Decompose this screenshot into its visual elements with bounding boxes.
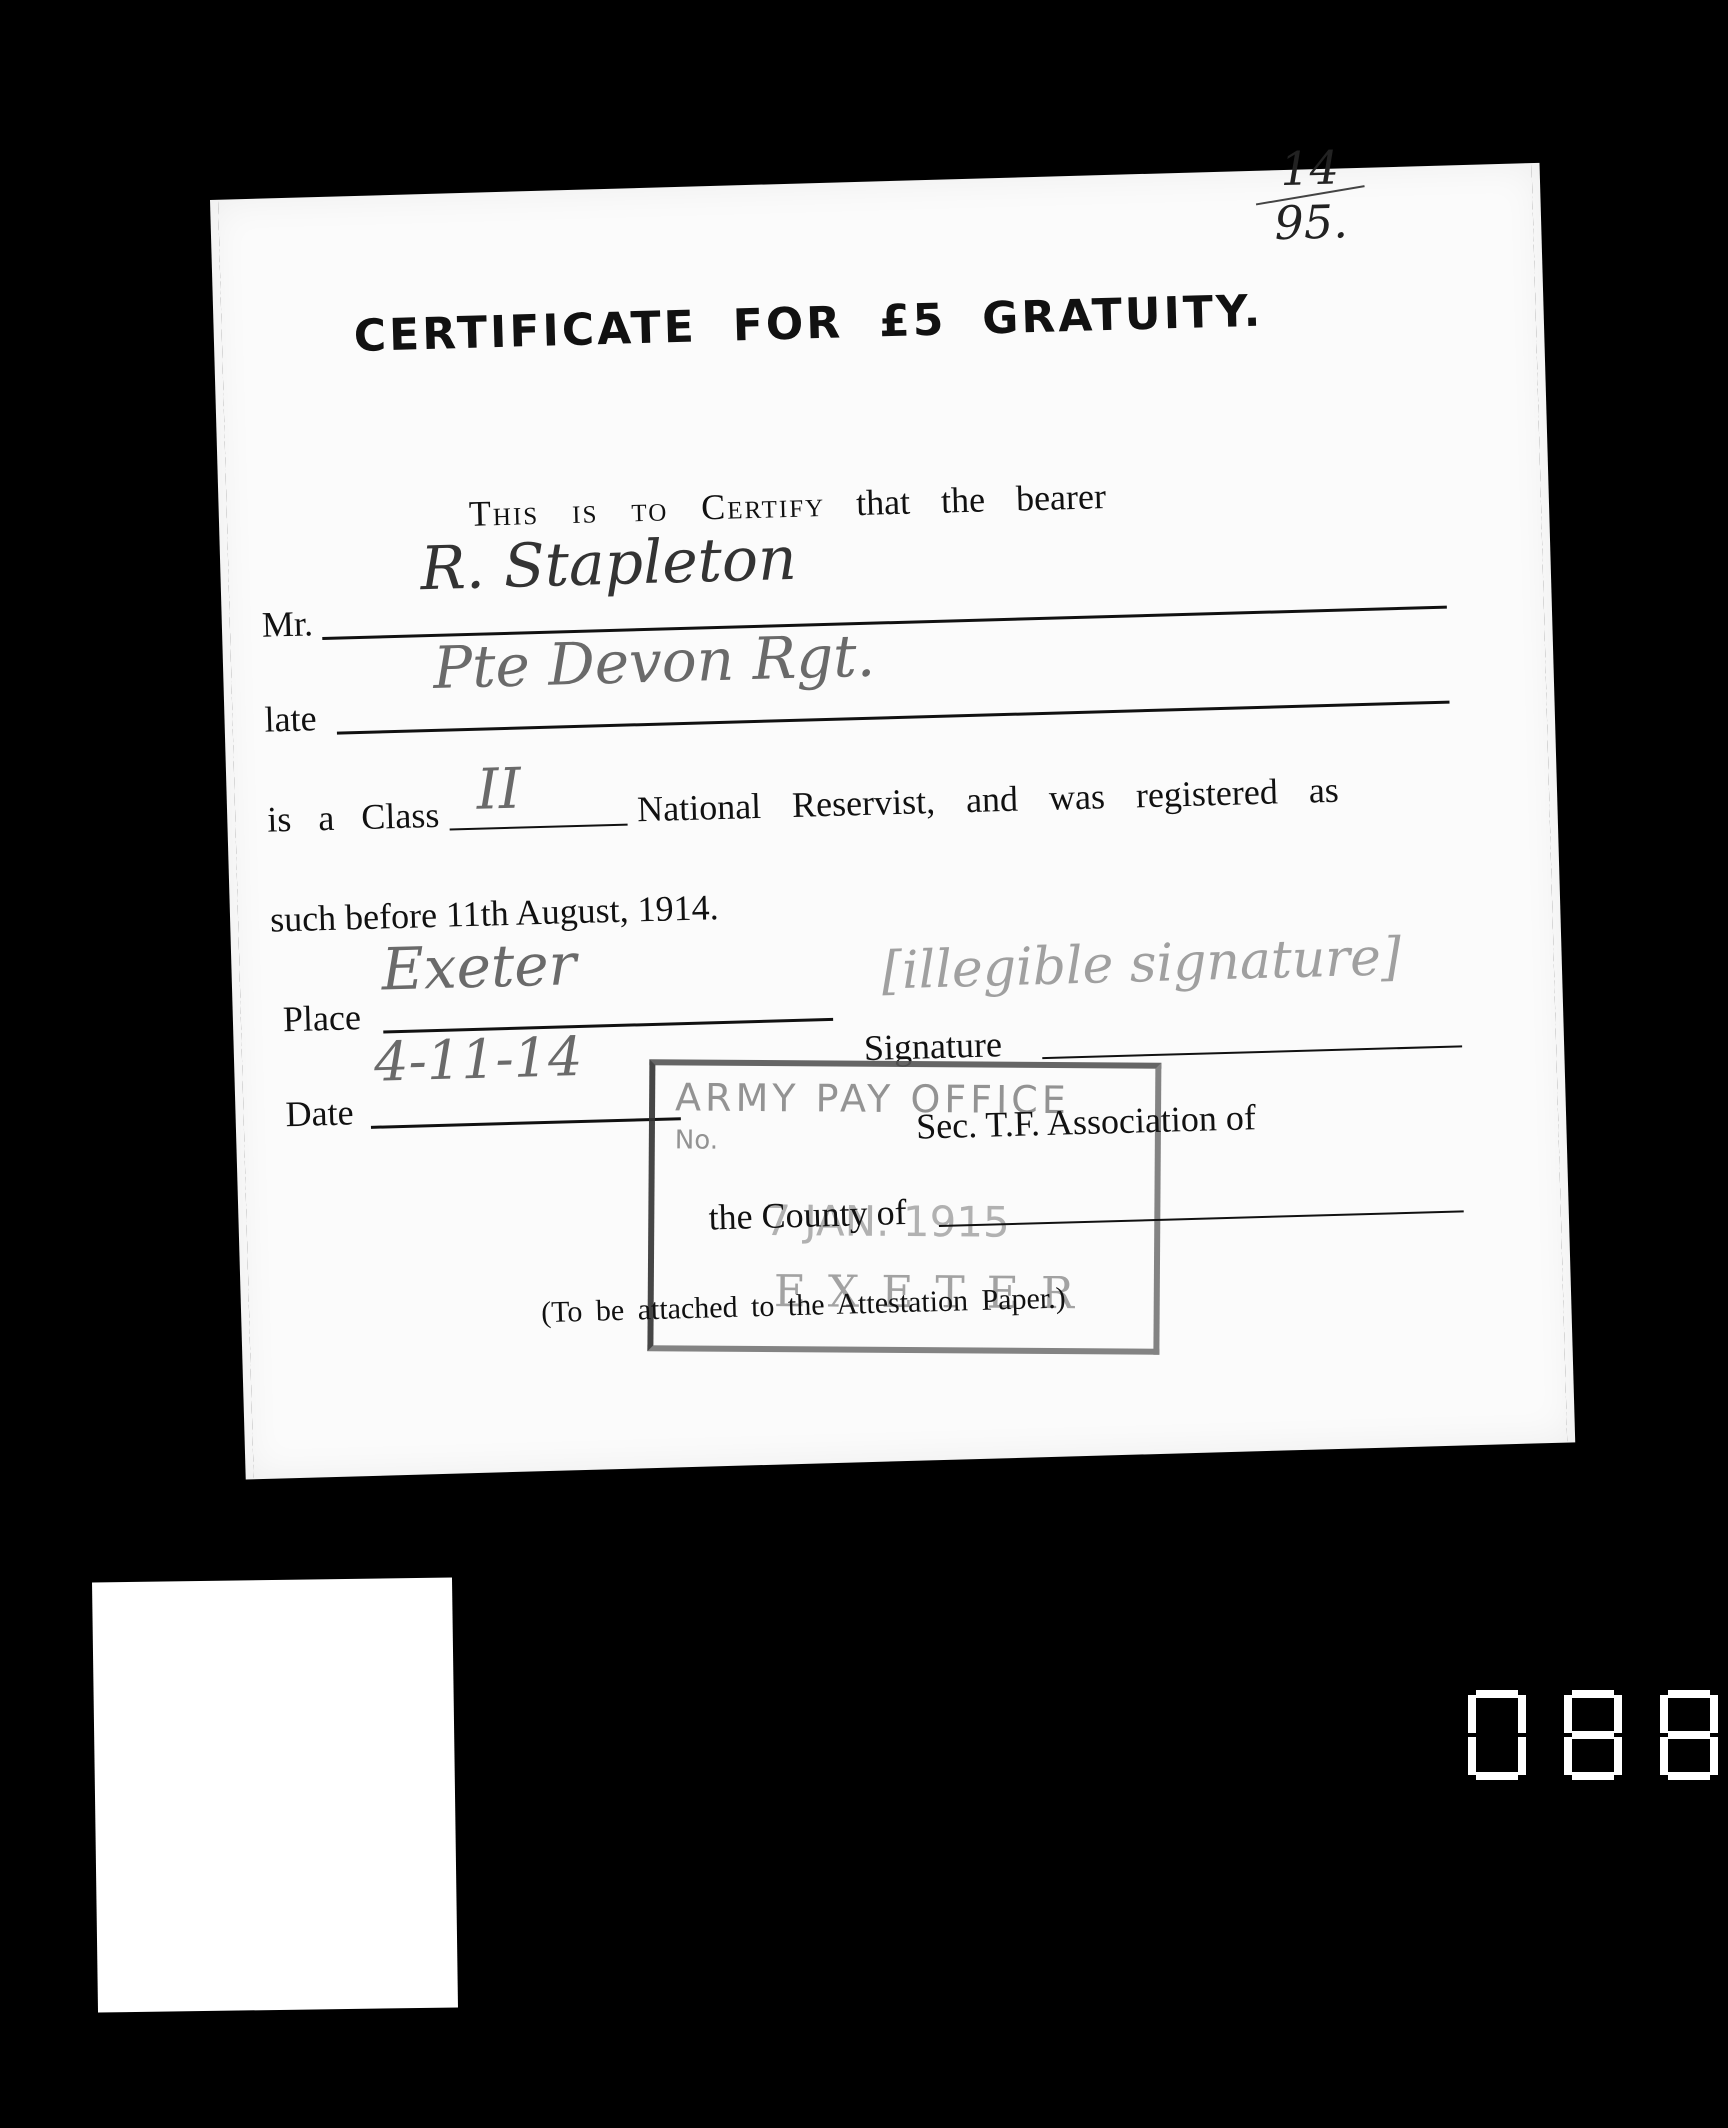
counter-digit-8 [1660,1690,1718,1780]
date-handwritten: 4-11-14 [373,1025,583,1094]
counter-digit-8 [1564,1690,1622,1780]
bearer-name-handwritten: R. Stapleton [419,524,797,604]
date-label: Date [285,1091,354,1135]
title-amount: £5 [878,294,947,347]
reference-number: 14 95. [1254,143,1367,248]
county-label: the County of [708,1191,907,1239]
late-regiment-handwritten: Pte Devon Rgt. [432,622,876,702]
blank-white-card [92,1578,458,2013]
title-word-gratuity: GRATUITY. [982,286,1264,345]
association-line: Sec. T.F. Association of [916,1096,1257,1147]
reference-numerator: 14 [1254,143,1365,194]
signature-underline [1042,1045,1462,1059]
frame-counter [1468,1690,1718,1780]
certificate-title: CERTIFICATEFOR£5GRATUITY. [353,286,1264,362]
mr-label: Mr. [261,602,313,645]
late-underline [337,701,1450,735]
class-value-handwritten: II [476,757,522,823]
class-prefix: is a Class [267,794,440,841]
title-word-for: FOR [732,297,844,351]
class-underline [450,824,628,831]
place-label: Place [282,996,361,1040]
reference-denominator: 95. [1255,197,1366,248]
class-suffix: National Reservist, and was registered a… [637,769,1340,831]
certify-rest: that the bearer [856,476,1107,523]
signature-handwritten: [illegible signature] [881,927,1402,1001]
counter-digit-0 [1468,1690,1526,1780]
place-handwritten: Exeter [381,930,578,1003]
title-word-certificate: CERTIFICATE [353,301,697,362]
stamp-number-label: No. [675,1125,718,1155]
certificate-paper: 14 95. CERTIFICATEFOR£5GRATUITY. This is… [210,163,1575,1480]
date-underline [371,1117,681,1129]
late-label: late [264,697,317,740]
